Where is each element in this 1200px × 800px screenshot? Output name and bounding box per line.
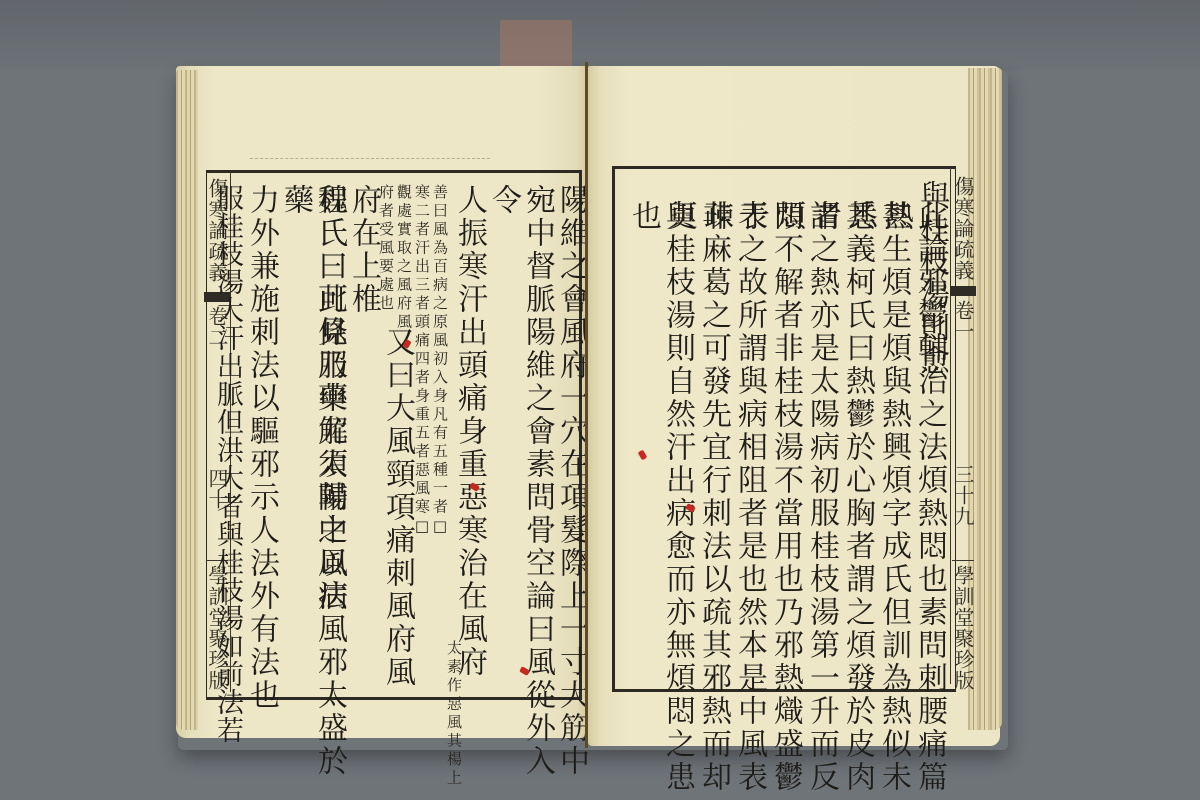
left-column-5: 府在上椎 bbox=[346, 184, 380, 316]
page-smudge bbox=[250, 158, 490, 159]
right-book-title: 傷寒論疏義 bbox=[952, 176, 974, 281]
left-column-9: 服桂枝湯大汗出脈但洪大者與桂枝湯如前法若 bbox=[212, 184, 242, 744]
left-column-3-note: 太素作惡風其楊上 bbox=[446, 640, 462, 788]
left-column-2: 宛中督脈陽維之會素問骨空論曰風從外入令 bbox=[486, 184, 554, 800]
left-column-3: 人振寒汗出頭痛身重惡寒治在風府 bbox=[452, 184, 486, 679]
left-column-3-text: 人振寒汗出頭痛身重惡寒治在風府 bbox=[452, 184, 487, 679]
right-fish-tail bbox=[950, 286, 976, 296]
right-volume: 卷一 bbox=[952, 300, 974, 342]
background-top bbox=[0, 0, 1200, 70]
left-note-column-2: 寒二者汗出三者頭痛四者身重五者惡風寒□ bbox=[414, 184, 430, 539]
left-column-8: 力外兼施刺法以驅邪示人法外有法也 bbox=[244, 184, 278, 712]
left-note-column-1: 善曰風為百病之原風初入身凡有五種一者□ bbox=[432, 184, 448, 539]
left-page-edge bbox=[176, 70, 198, 730]
book-spine bbox=[585, 62, 588, 748]
right-column-9: 與桂枝湯則自然汗出病愈而亦無煩悶之患也 bbox=[626, 200, 694, 800]
left-column-4: 又曰大風頸項痛刺風府風 bbox=[380, 326, 414, 689]
right-publisher: 學訓堂聚珍版 bbox=[952, 560, 974, 691]
right-page-number: 三十九 bbox=[952, 464, 974, 527]
left-column-7: 魏氏曰此條乃申解太陽中風病風邪太盛於藥 bbox=[278, 184, 346, 800]
left-note-column-3: 觀處實取之風府風 bbox=[396, 184, 412, 332]
